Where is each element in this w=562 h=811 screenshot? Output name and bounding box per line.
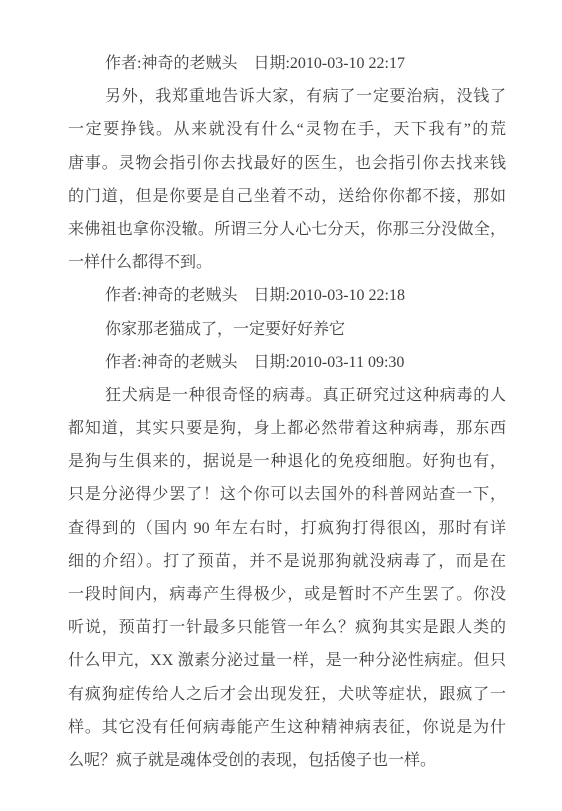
text-line: 作者:神奇的老贼头 日期:2010-03-11 09:30: [68, 346, 506, 379]
text-line: 唐事。灵物会指引你去找最好的医生，也会指引你去找来钱: [68, 147, 506, 180]
text-line: 你家那老猫成了，一定要好好养它: [68, 313, 506, 346]
text-line: 查得到的（国内 90 年左右时，打疯狗打得很凶，那时有详: [68, 512, 506, 545]
text-line: 另外，我郑重地告诉大家，有病了一定要治病，没钱了: [68, 80, 506, 113]
text-line: 是狗与生俱来的，据说是一种退化的免疫细胞。好狗也有，: [68, 445, 506, 478]
text-line: 的门道，但是你要是自己坐着不动，送给你你都不接，那如: [68, 180, 506, 213]
text-line: 么呢？疯子就是魂体受创的表现，包括傻子也一样。: [68, 744, 506, 777]
text-line: 样。其它没有任何病毒能产生这种精神病表征，你说是为什: [68, 711, 506, 744]
text-line: 狂犬病是一种很奇怪的病毒。真正研究过这种病毒的人: [68, 379, 506, 412]
text-line: 作者:神奇的老贼头 日期:2010-03-10 22:18: [68, 279, 506, 312]
text-line: 什么甲亢，XX 激素分泌过量一样，是一种分泌性病症。但只: [68, 644, 506, 677]
text-line: 一段时间内，病毒产生得极少，或是暂时不产生罢了。你没: [68, 578, 506, 611]
text-line: 听说，预苗打一针最多只能管一年么？疯狗其实是跟人类的: [68, 611, 506, 644]
document-text-block: 作者:神奇的老贼头 日期:2010-03-10 22:17另外，我郑重地告诉大家…: [68, 47, 506, 777]
text-line: 都知道，其实只要是狗，身上都必然带着这种病毒，那东西: [68, 412, 506, 445]
text-line: 有疯狗症传给人之后才会出现发狂，犬吠等症状，跟疯了一: [68, 678, 506, 711]
text-line: 细的介绍）。打了预苗，并不是说那狗就没病毒了，而是在: [68, 545, 506, 578]
document-page: 作者:神奇的老贼头 日期:2010-03-10 22:17另外，我郑重地告诉大家…: [0, 0, 562, 811]
text-line: 作者:神奇的老贼头 日期:2010-03-10 22:17: [68, 47, 506, 80]
text-line: 一定要挣钱。从来就没有什么“灵物在手，天下我有”的荒: [68, 113, 506, 146]
text-line: 来佛祖也拿你没辙。所谓三分人心七分天，你那三分没做全，: [68, 213, 506, 246]
text-line: 只是分泌得少罢了！这个你可以去国外的科普网站查一下，: [68, 478, 506, 511]
text-line: 一样什么都得不到。: [68, 246, 506, 279]
